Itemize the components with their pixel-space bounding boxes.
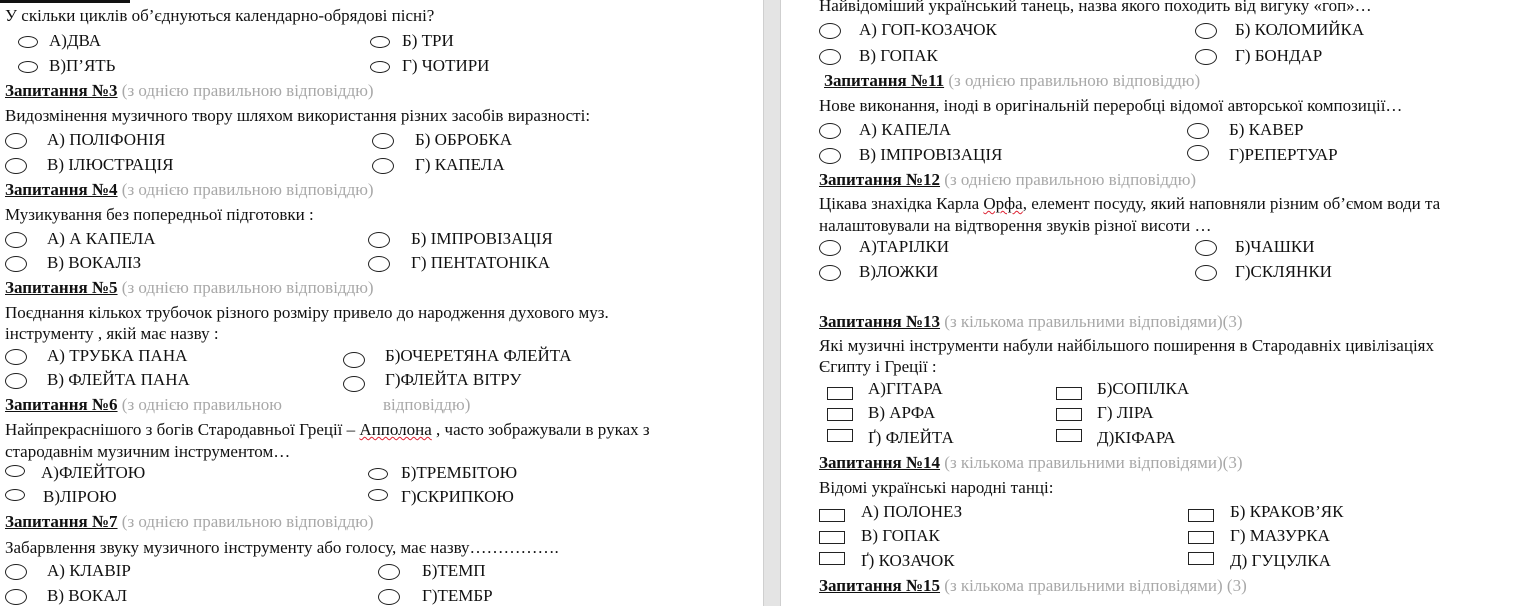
option-q12-b[interactable]: Б)ЧАШКИ: [1195, 237, 1315, 257]
radio-oval-icon[interactable]: [5, 489, 25, 501]
radio-oval-icon[interactable]: [1187, 145, 1209, 161]
radio-oval-icon[interactable]: [5, 465, 25, 477]
question-10-text: Найвідоміший український танець, назва я…: [819, 0, 1372, 16]
option-q4-c[interactable]: В) ВОКАЛІЗ: [5, 253, 141, 273]
question-12-heading: Запитання №12 (з однією правильною відпо…: [819, 170, 1196, 190]
checkbox-square-icon[interactable]: [1056, 429, 1082, 442]
question-15-heading: Запитання №15 (з кількома правильними ві…: [819, 576, 1247, 596]
radio-oval-icon[interactable]: [5, 589, 27, 605]
checkbox-square-icon[interactable]: [1188, 552, 1214, 565]
option-q12-d[interactable]: Г)СКЛЯНКИ: [1195, 262, 1332, 282]
option-q2-b[interactable]: Б) ТРИ: [370, 31, 454, 51]
option-q10-c[interactable]: В) ГОПАК: [819, 46, 938, 66]
radio-oval-icon[interactable]: [5, 349, 27, 365]
question-4-heading: Запитання №4 (з однією правильною відпов…: [5, 180, 374, 200]
option-q7-a[interactable]: А) КЛАВІР: [5, 561, 131, 581]
option-q13-c[interactable]: В) АРФА: [827, 403, 935, 423]
radio-oval-icon[interactable]: [343, 376, 365, 392]
radio-oval-icon[interactable]: [819, 123, 841, 139]
radio-oval-icon[interactable]: [1195, 49, 1217, 65]
radio-oval-icon[interactable]: [1195, 240, 1217, 256]
radio-oval-icon[interactable]: [378, 589, 400, 605]
radio-oval-icon[interactable]: [819, 148, 841, 164]
page-gutter: [763, 0, 781, 606]
option-q3-a[interactable]: А) ПОЛІФОНІЯ: [5, 130, 165, 150]
question-13-heading: Запитання №13 (з кількома правильними ві…: [819, 312, 1243, 332]
option-q6-a[interactable]: А)ФЛЕЙТОЮ: [5, 463, 145, 483]
radio-oval-icon[interactable]: [18, 36, 38, 48]
option-q11-a[interactable]: А) КАПЕЛА: [819, 120, 951, 140]
option-q5-d[interactable]: Г)ФЛЕЙТА ВІТРУ: [343, 370, 521, 392]
radio-oval-icon[interactable]: [5, 564, 27, 580]
spellcheck-underlined-word: Апполона: [359, 420, 431, 439]
checkbox-square-icon[interactable]: [827, 387, 853, 400]
question-6-heading: Запитання №6 (з однією правильною: [5, 395, 282, 415]
radio-oval-icon[interactable]: [378, 564, 400, 580]
option-q7-c[interactable]: В) ВОКАЛ: [5, 586, 127, 606]
option-q10-d[interactable]: Г) БОНДАР: [1195, 46, 1322, 66]
spellcheck-underlined-word: Орфа: [983, 194, 1022, 213]
radio-oval-icon[interactable]: [819, 240, 841, 256]
option-q14-d[interactable]: Г) МАЗУРКА: [1188, 526, 1330, 546]
document-page-right: Найвідоміший український танець, назва я…: [781, 0, 1526, 606]
radio-oval-icon[interactable]: [372, 133, 394, 149]
question-13-text-line2: Єгипту і Греції :: [819, 357, 937, 377]
checkbox-square-icon[interactable]: [819, 552, 845, 565]
option-q4-d[interactable]: Г) ПЕНТАТОНІКА: [368, 253, 550, 273]
radio-oval-icon[interactable]: [368, 256, 390, 272]
radio-oval-icon[interactable]: [372, 158, 394, 174]
option-q13-b[interactable]: Б)СОПІЛКА: [1056, 379, 1189, 400]
question-6-note-wrap: відповіддю): [383, 395, 470, 415]
question-4-text: Музикування без попередньої підготовки :: [5, 205, 314, 225]
option-q6-b[interactable]: Б)ТРЕМБІТОЮ: [368, 463, 517, 483]
option-q4-a[interactable]: А) А КАПЕЛА: [5, 229, 156, 249]
radio-oval-icon[interactable]: [1195, 265, 1217, 281]
question-12-text-line1: Цікава знахідка Карла Орфа, елемент посу…: [819, 194, 1440, 214]
question-14-heading: Запитання №14 (з кількома правильними ві…: [819, 453, 1243, 473]
radio-oval-icon[interactable]: [368, 489, 388, 501]
question-2-text: У скільки циклів об’єднуються календарно…: [5, 6, 434, 26]
question-7-text: Забарвлення звуку музичного інструменту …: [5, 538, 559, 558]
radio-oval-icon[interactable]: [370, 36, 390, 48]
radio-oval-icon[interactable]: [343, 352, 365, 368]
question-13-text-line1: Які музичні інструменти набули найбільшо…: [819, 336, 1434, 356]
option-q3-b[interactable]: Б) ОБРОБКА: [372, 130, 512, 150]
radio-oval-icon[interactable]: [368, 232, 390, 248]
option-q7-b[interactable]: Б)ТЕМП: [378, 561, 486, 581]
option-q2-d[interactable]: Г) ЧОТИРИ: [370, 56, 489, 76]
question-6-text-line1: Найпрекраснішого з богів Стародавньої Гр…: [5, 420, 650, 440]
radio-oval-icon[interactable]: [5, 373, 27, 389]
question-11-text: Нове виконання, іноді в оригінальній пер…: [819, 96, 1402, 116]
option-q2-a[interactable]: А)ДВА: [18, 31, 101, 51]
radio-oval-icon[interactable]: [819, 49, 841, 65]
option-q12-a[interactable]: А)ТАРІЛКИ: [819, 237, 949, 257]
question-14-text: Відомі українські народні танці:: [819, 478, 1053, 498]
radio-oval-icon[interactable]: [368, 468, 388, 480]
option-q10-b[interactable]: Б) КОЛОМИЙКА: [1195, 20, 1364, 40]
radio-oval-icon[interactable]: [1195, 23, 1217, 39]
option-q14-f[interactable]: Д) ГУЦУЛКА: [1188, 551, 1331, 571]
checkbox-square-icon[interactable]: [1188, 509, 1214, 522]
radio-oval-icon[interactable]: [819, 265, 841, 281]
option-q7-d[interactable]: Г)ТЕМБР: [378, 586, 493, 606]
radio-oval-icon[interactable]: [5, 232, 27, 248]
option-q11-b[interactable]: Б) КАВЕР: [1187, 120, 1303, 140]
question-3-text: Видозмінення музичного твору шляхом вико…: [5, 106, 590, 126]
cut-heading-underline: [0, 0, 130, 3]
option-q13-a[interactable]: А)ГІТАРА: [827, 379, 943, 400]
question-6-text-line2: стародавнім музичним інструментом…: [5, 442, 290, 462]
checkbox-square-icon[interactable]: [1056, 408, 1082, 421]
option-q10-a[interactable]: А) ГОП-КОЗАЧОК: [819, 20, 997, 40]
option-q14-b[interactable]: Б) КРАКОВ’ЯК: [1188, 502, 1343, 522]
option-q11-c[interactable]: В) ІМПРОВІЗАЦІЯ: [819, 145, 1002, 165]
option-q14-e[interactable]: Ґ) КОЗАЧОК: [819, 551, 955, 571]
question-11-heading: Запитання №11 (з однією правильною відпо…: [824, 71, 1200, 91]
radio-oval-icon[interactable]: [1187, 123, 1209, 139]
radio-oval-icon[interactable]: [819, 23, 841, 39]
option-q5-a[interactable]: А) ТРУБКА ПАНА: [5, 346, 187, 366]
option-q5-b[interactable]: Б)ОЧЕРЕТЯНА ФЛЕЙТА: [343, 346, 572, 368]
option-q13-f[interactable]: Д)КІФАРА: [1056, 428, 1175, 448]
question-7-heading: Запитання №7 (з однією правильною відпов…: [5, 512, 374, 532]
question-5-heading: Запитання №5 (з однією правильною відпов…: [5, 278, 374, 298]
checkbox-square-icon[interactable]: [819, 531, 845, 544]
checkbox-square-icon[interactable]: [827, 408, 853, 421]
question-3-heading: Запитання №3 (з однією правильною відпов…: [5, 81, 374, 101]
question-5-text-line1: Поєднання кількох трубочок різного розмі…: [5, 303, 609, 323]
radio-oval-icon[interactable]: [18, 61, 38, 73]
radio-oval-icon[interactable]: [5, 133, 27, 149]
option-q2-c[interactable]: В)П’ЯТЬ: [18, 56, 115, 76]
option-q4-b[interactable]: Б) ІМПРОВІЗАЦІЯ: [368, 229, 553, 249]
option-q13-e[interactable]: Ґ) ФЛЕЙТА: [827, 428, 954, 448]
checkbox-square-icon[interactable]: [827, 429, 853, 442]
radio-oval-icon[interactable]: [5, 158, 27, 174]
option-q6-d[interactable]: Г)СКРИПКОЮ: [368, 487, 514, 507]
option-q14-a[interactable]: А) ПОЛОНЕЗ: [819, 502, 962, 522]
radio-oval-icon[interactable]: [5, 256, 27, 272]
checkbox-square-icon[interactable]: [1056, 387, 1082, 400]
option-q3-c[interactable]: В) ІЛЮСТРАЦІЯ: [5, 155, 173, 175]
checkbox-square-icon[interactable]: [819, 509, 845, 522]
document-page-left: У скільки циклів об’єднуються календарно…: [0, 0, 763, 606]
option-q13-d[interactable]: Г) ЛІРА: [1056, 403, 1154, 423]
option-q12-c[interactable]: В)ЛОЖКИ: [819, 262, 938, 282]
checkbox-square-icon[interactable]: [1188, 531, 1214, 544]
option-q6-c[interactable]: В)ЛІРОЮ: [5, 487, 117, 507]
option-q5-c[interactable]: В) ФЛЕЙТА ПАНА: [5, 370, 190, 390]
option-q11-d[interactable]: Г)РЕПЕРТУАР: [1187, 145, 1338, 165]
question-12-text-line2: налаштовували на відтворення звуків різн…: [819, 216, 1212, 236]
question-5-text-line2: інструменту , якій має назву :: [5, 324, 219, 344]
option-q3-d[interactable]: Г) КАПЕЛА: [372, 155, 505, 175]
option-q14-c[interactable]: В) ГОПАК: [819, 526, 940, 546]
radio-oval-icon[interactable]: [370, 61, 390, 73]
